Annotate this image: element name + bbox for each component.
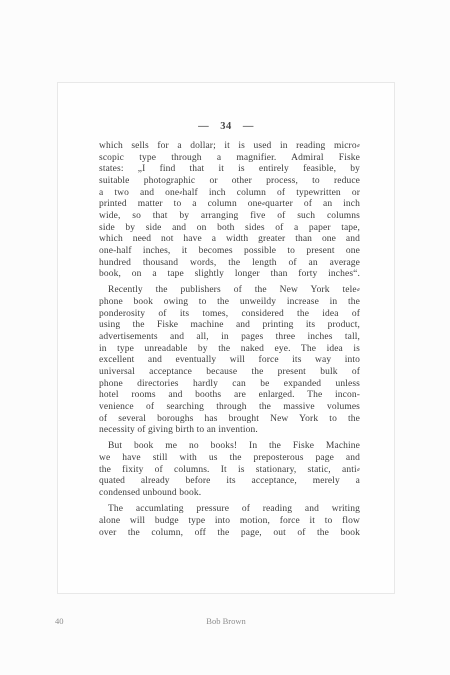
paragraph: The accumlating pressure of reading and …	[99, 504, 360, 539]
text-line: a two and one⸗half inch column of typewr…	[99, 188, 360, 200]
text-line: ponderosity of its tomes, considered the…	[99, 309, 360, 321]
text-line: states: „I find that it is entirely feas…	[99, 164, 360, 176]
paragraph: But book me no books! In the Fiske Machi…	[99, 441, 360, 499]
text-line: using the Fiske machine and printing its…	[99, 320, 360, 332]
footer-author: Bob Brown	[206, 616, 245, 626]
text-line: quated already before its acceptance, me…	[99, 476, 360, 488]
text-line: side by side and on both sides of a pape…	[99, 223, 360, 235]
text-line: universal acceptance because the present…	[99, 367, 360, 379]
text-line: one-half inches, it becomes possible to …	[99, 246, 360, 258]
text-line: we have still with us the preposterous p…	[99, 453, 360, 465]
page-number-header: — 34 —	[58, 121, 394, 133]
paragraph: Recently the publishers of the New York …	[99, 285, 360, 437]
text-line: condensed unbound book.	[99, 488, 360, 500]
text-line: which sells for a dollar; it is used in …	[99, 141, 360, 153]
text-line: wide, so that by arranging five of such …	[99, 211, 360, 223]
text-line: hotel rooms and booths are enlarged. The…	[99, 390, 360, 402]
book-page: — 34 — which sells for a dollar; it is u…	[57, 82, 395, 594]
text-line: printed matter to a column one⸗quarter o…	[99, 199, 360, 211]
text-line: in type unreadable by the naked eye. The…	[99, 344, 360, 356]
scan-viewport: — 34 — which sells for a dollar; it is u…	[0, 0, 450, 675]
text-line: necessity of giving birth to an inventio…	[99, 425, 360, 437]
paragraph: which sells for a dollar; it is used in …	[99, 141, 360, 281]
footer-author-row: Bob Brown	[57, 616, 395, 626]
text-line: suitable photographic or other process, …	[99, 176, 360, 188]
text-line: hundred thousand words, the length of an…	[99, 258, 360, 270]
text-line: phone book owing to the unweildy increas…	[99, 297, 360, 309]
text-line: Recently the publishers of the New York …	[99, 285, 360, 297]
text-line: venience of searching through the massiv…	[99, 402, 360, 414]
text-line: The accumlating pressure of reading and …	[99, 504, 360, 516]
text-line: of several boroughs has brought New York…	[99, 414, 360, 426]
text-line: But book me no books! In the Fiske Machi…	[99, 441, 360, 453]
text-line: scopic type through a magnifier. Admiral…	[99, 153, 360, 165]
text-line: book, on a tape slightly longer than for…	[99, 269, 360, 281]
text-line: which need not have a width greater than…	[99, 234, 360, 246]
body-text: which sells for a dollar; it is used in …	[99, 141, 360, 539]
text-line: the fixity of columns. It is stationary,…	[99, 465, 360, 477]
text-line: alone will budge type into motion, force…	[99, 516, 360, 528]
text-line: phone directories hardly can be expanded…	[99, 379, 360, 391]
text-line: excellent and eventually will force its …	[99, 355, 360, 367]
text-line: advertisements and all, in pages three i…	[99, 332, 360, 344]
text-line: over the column, off the page, out of th…	[99, 528, 360, 540]
